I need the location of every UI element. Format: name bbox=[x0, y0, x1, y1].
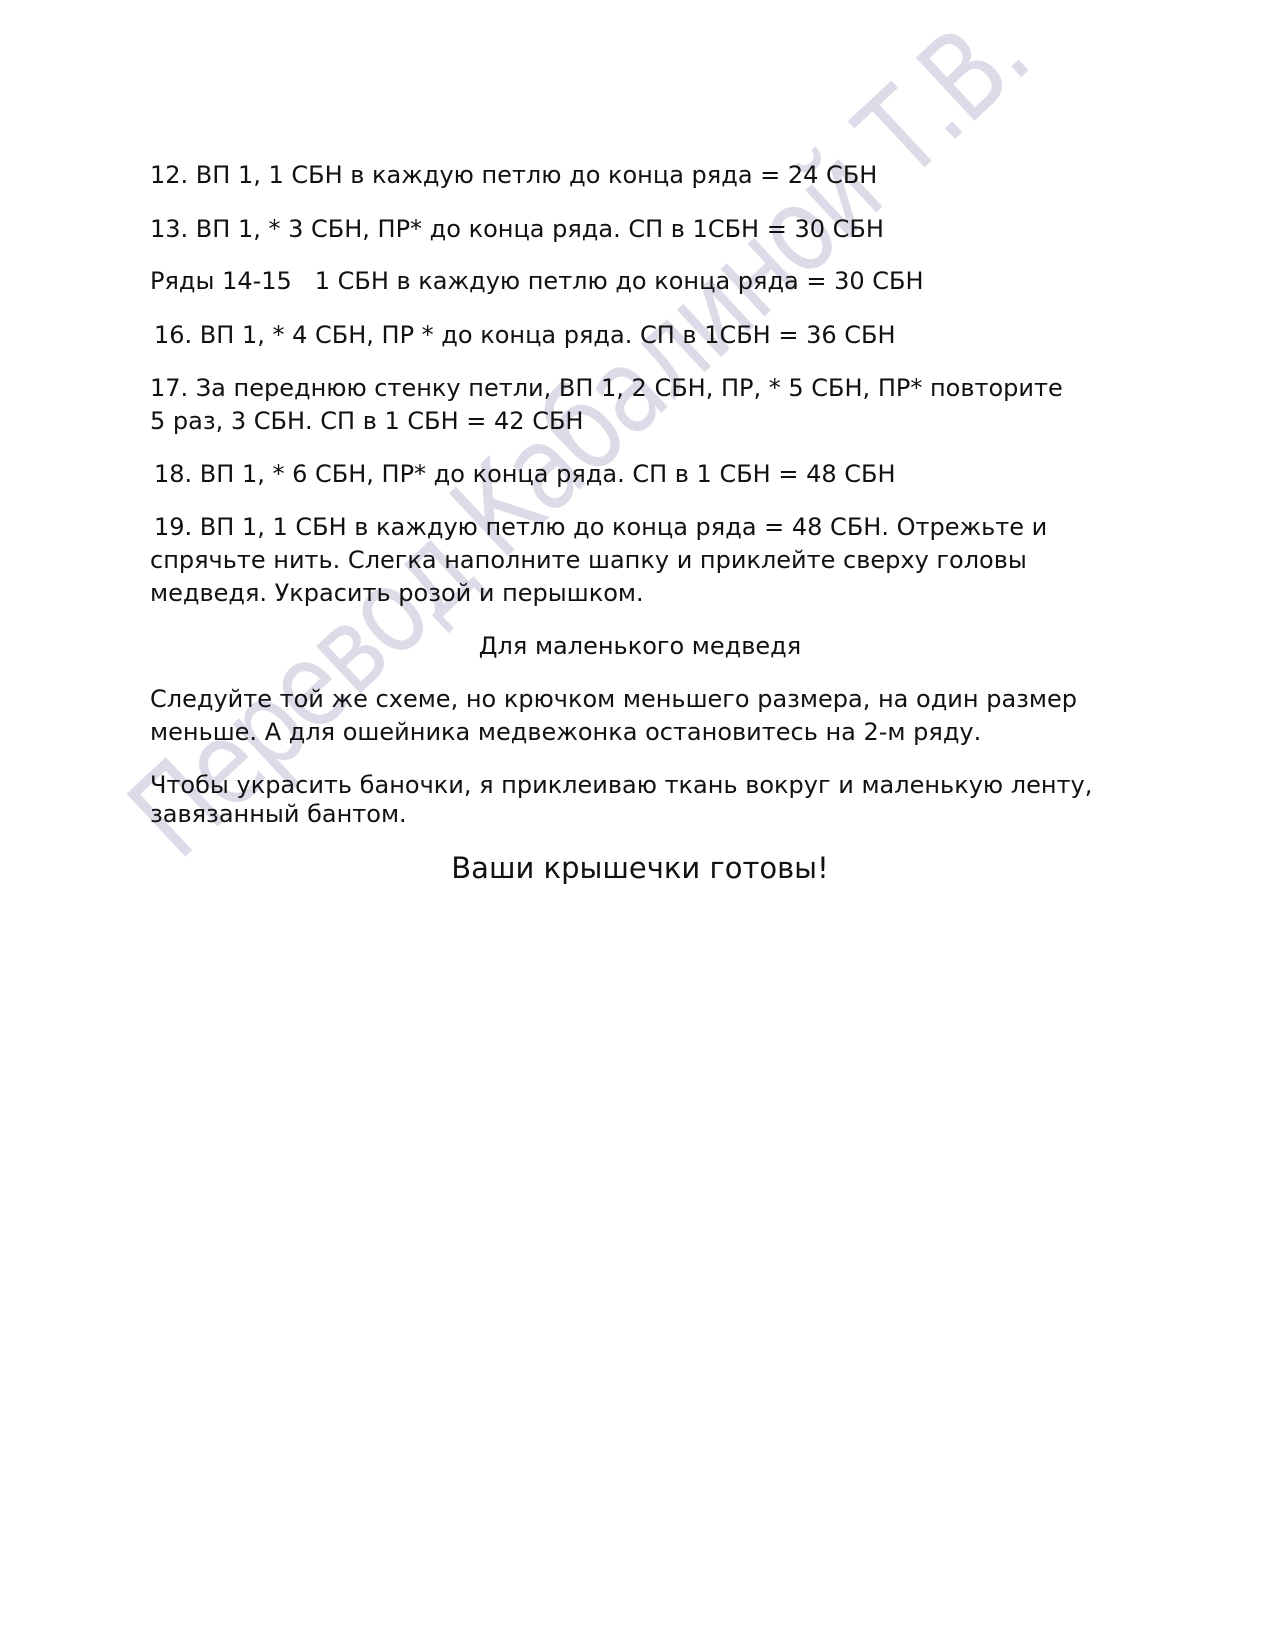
row-18: 18. ВП 1, * 6 СБН, ПР* до конца ряда. СП… bbox=[154, 457, 896, 491]
row-16: 16. ВП 1, * 4 СБН, ПР * до конца ряда. С… bbox=[154, 318, 896, 352]
row-19-line-3: медведя. Украсить розой и перышком. bbox=[150, 576, 644, 610]
small-bear-heading: Для маленького медведя bbox=[150, 629, 1130, 663]
row-19-line-2: спрячьте нить. Слегка наполните шапку и … bbox=[150, 543, 1027, 577]
rows-14-15: Ряды 14-15 1 СБН в каждую петлю до конца… bbox=[150, 264, 924, 298]
row-17-line-1: 17. За переднюю стенку петли, ВП 1, 2 СБ… bbox=[150, 371, 1063, 405]
small-bear-line-1: Следуйте той же схеме, но крючком меньше… bbox=[150, 682, 1077, 716]
closing-line: Ваши крышечки готовы! bbox=[150, 851, 1130, 885]
translator-watermark: Перевод Кабалиной Т.В. bbox=[110, 141, 886, 876]
row-19-line-1: 19. ВП 1, 1 СБН в каждую петлю до конца … bbox=[154, 510, 1047, 544]
row-17-line-2: 5 раз, 3 СБН. СП в 1 СБН = 42 СБН bbox=[150, 404, 583, 438]
row-12: 12. ВП 1, 1 СБН в каждую петлю до конца … bbox=[150, 158, 877, 192]
row-13: 13. ВП 1, * 3 СБН, ПР* до конца ряда. СП… bbox=[150, 212, 884, 246]
small-bear-line-2: меньше. А для ошейника медвежонка остано… bbox=[150, 715, 981, 749]
jars-line-2: завязанный бантом. bbox=[150, 797, 407, 831]
